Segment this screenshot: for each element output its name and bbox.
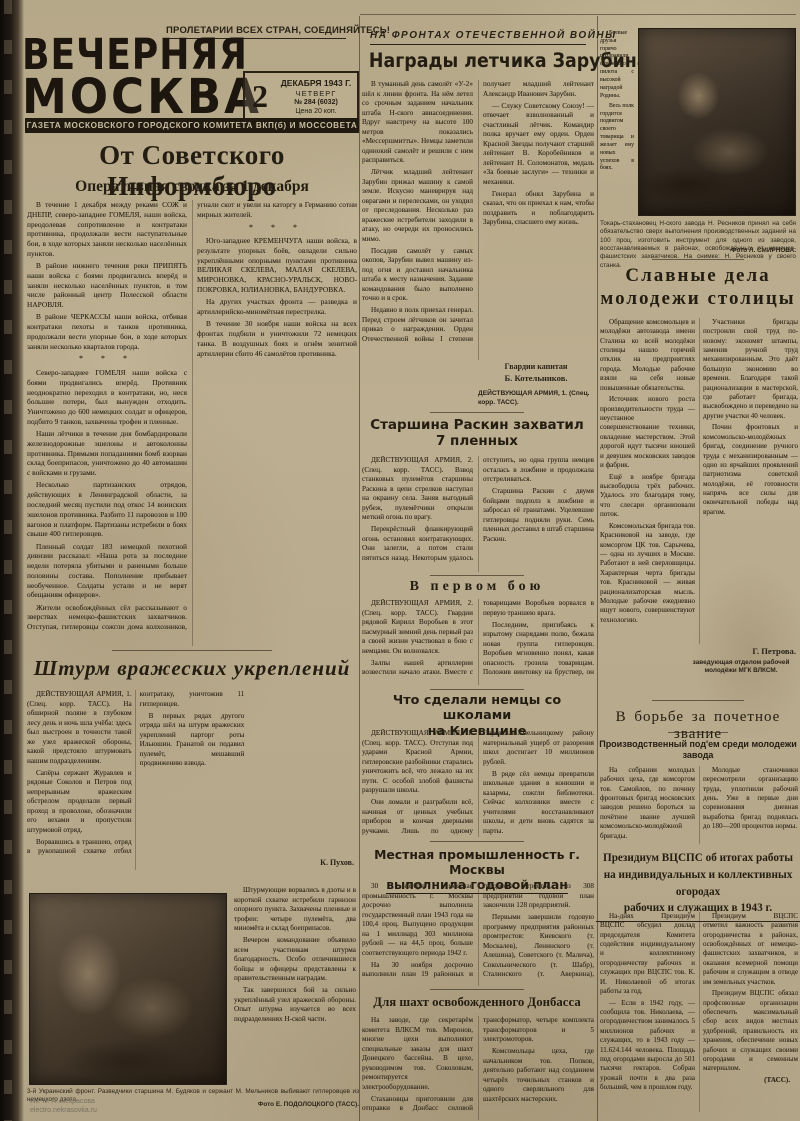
svodka-body: В течение 1 декабря между реками СОЖ и Д…: [27, 200, 357, 646]
issue-number: № 284 (6032): [275, 99, 357, 106]
borba-body: На собрании молодых рабочих цеха, где ко…: [600, 766, 798, 844]
slavnye-title-line1: Славные дела: [598, 265, 798, 288]
mestnaya-title-line1: Местная промышленность г. Москвы: [362, 847, 592, 877]
price: Цена 20 коп.: [275, 108, 357, 115]
shturm-body: ДЕЙСТВУЮЩАЯ АРМИЯ, 1. (Спец. корр. ТАСС)…: [27, 690, 357, 870]
zarubin-byline-rank: Гвардии капитан: [480, 362, 592, 371]
pervyi-boi-title: В первом бою: [362, 579, 592, 595]
scan-binding-edge: [0, 0, 24, 1121]
zarubin-side-column: Боевые друзья горячо поздравили отважног…: [600, 30, 634, 216]
masthead-title-line2: МОСКВА: [22, 72, 262, 120]
section-rule: [430, 689, 524, 690]
library-watermark: им. Н. А. Некрасова electro.nekrasovka.r…: [30, 1097, 160, 1116]
vcsps-title-line1: Президиум ВЦСПС об итогах работы: [596, 850, 800, 867]
watermark-line1: им. Н. А. Некрасова: [30, 1097, 160, 1106]
front-photo: [29, 893, 227, 1085]
watermark-line2: electro.nekrasovka.ru: [30, 1106, 160, 1115]
date-box: 2 ДЕКАБРЯ 1943 Г. ЧЕТВЕРГ № 284 (6032) Ц…: [243, 71, 359, 121]
section-rule: [112, 650, 272, 651]
vcsps-title-line2: на индивидуальных и коллективных огорода…: [596, 867, 800, 901]
section-kicker: НА ФРОНТАХ ОТЕЧЕСТВЕННОЙ ВОЙНЫ: [370, 30, 586, 45]
lathe-photo: [638, 28, 796, 216]
shturm-title: Штурм вражеских укреплений: [26, 656, 358, 681]
borba-subtitle: Производственный под'ем среди молодежи з…: [598, 739, 798, 762]
section-rule: [668, 732, 728, 733]
zarubin-title: Награды летчика Зарубина: [369, 50, 585, 72]
lathe-photo-credit: Фото Л. СМИРНОВА.: [600, 247, 796, 254]
shkoly-title-line1: Что сделали немцы со школами: [362, 693, 592, 724]
raskin-title: Старшина Раскин захватил 7 пленных: [362, 418, 592, 450]
date-day: 2: [245, 80, 275, 112]
slavnye-byline-role: заведующая отделом рабочей молодёжи МГК …: [686, 659, 796, 676]
section-rule: [652, 259, 744, 260]
masthead-subtitle-bar: ГАЗЕТА МОСКОВСКОГО ГОРОДСКОГО КОМИТЕТА В…: [25, 118, 359, 133]
section-rule: [430, 575, 524, 576]
raskin-title-line2: 7 пленных: [362, 434, 592, 450]
slavnye-byline: Г. Петрова.: [690, 646, 796, 656]
raskin-body: ДЕЙСТВУЮЩАЯ АРМИЯ, 2. (Спец. корр. ТАСС)…: [362, 456, 594, 572]
section-rule: [652, 700, 744, 701]
section-rule: [430, 989, 524, 990]
slavnye-title: Славные дела молодежи столицы: [598, 265, 798, 311]
mestnaya-body: 30 ноября местная промышленность г. Моск…: [362, 882, 594, 986]
shturm-byline: К. Пухов.: [246, 858, 354, 867]
donbass-body: На заводе, где секретарём комитета ВЛКСМ…: [362, 1016, 594, 1120]
raskin-title-line1: Старшина Раскин захватил: [362, 418, 592, 434]
zarubin-byline-name: Б. Котельников.: [480, 373, 592, 383]
zarubin-body: В туманный день самолёт «У-2» шёл к лини…: [362, 80, 594, 360]
lathe-photo-caption: Токарь-стахановец Н-ского завода Н. Ресн…: [600, 220, 796, 270]
shturm-continuation: Штурмующие ворвались в дзоты и в коротко…: [234, 886, 356, 1084]
svodka-subtitle: Оперативная сводка за 1 декабря: [26, 178, 358, 196]
pervyi-boi-body: ДЕЙСТВУЮЩАЯ АРМИЯ, 2. (Спец. корр. ТАСС)…: [362, 599, 594, 685]
slavnye-body: Обращение комсомольцев и молодёжи автоза…: [600, 318, 798, 644]
donbass-title: Для шахт освобожденного Донбасса: [362, 995, 592, 1010]
shkoly-body: ДЕЙСТВУЮЩАЯ АРМИЯ, 1. (Спец. корр. ТАСС)…: [362, 729, 594, 837]
date-meta: ДЕКАБРЯ 1943 Г. ЧЕТВЕРГ № 284 (6032) Цен…: [275, 78, 357, 115]
date-month-year: ДЕКАБРЯ 1943 Г.: [275, 78, 357, 88]
column-rule: [597, 16, 598, 1121]
zarubin-dateline: ДЕЙСТВУЮЩАЯ АРМИЯ, 1. (Спец. корр. ТАСС)…: [478, 390, 594, 407]
borba-title: В борьбе за почетное звание: [598, 709, 798, 743]
weekday: ЧЕТВЕРГ: [275, 89, 357, 98]
column-rule: [359, 16, 360, 1121]
top-rule: [360, 14, 796, 15]
vcsps-body: На-днях Президиум ВЦСПС обсудил доклад п…: [600, 912, 798, 1112]
section-rule: [430, 412, 524, 413]
slavnye-title-line2: молодежи столицы: [598, 288, 798, 311]
newspaper-page: ПРОЛЕТАРИИ ВСЕХ СТРАН, СОЕДИНЯЙТЕСЬ! ВЕЧ…: [0, 0, 800, 1121]
section-rule: [430, 841, 524, 842]
